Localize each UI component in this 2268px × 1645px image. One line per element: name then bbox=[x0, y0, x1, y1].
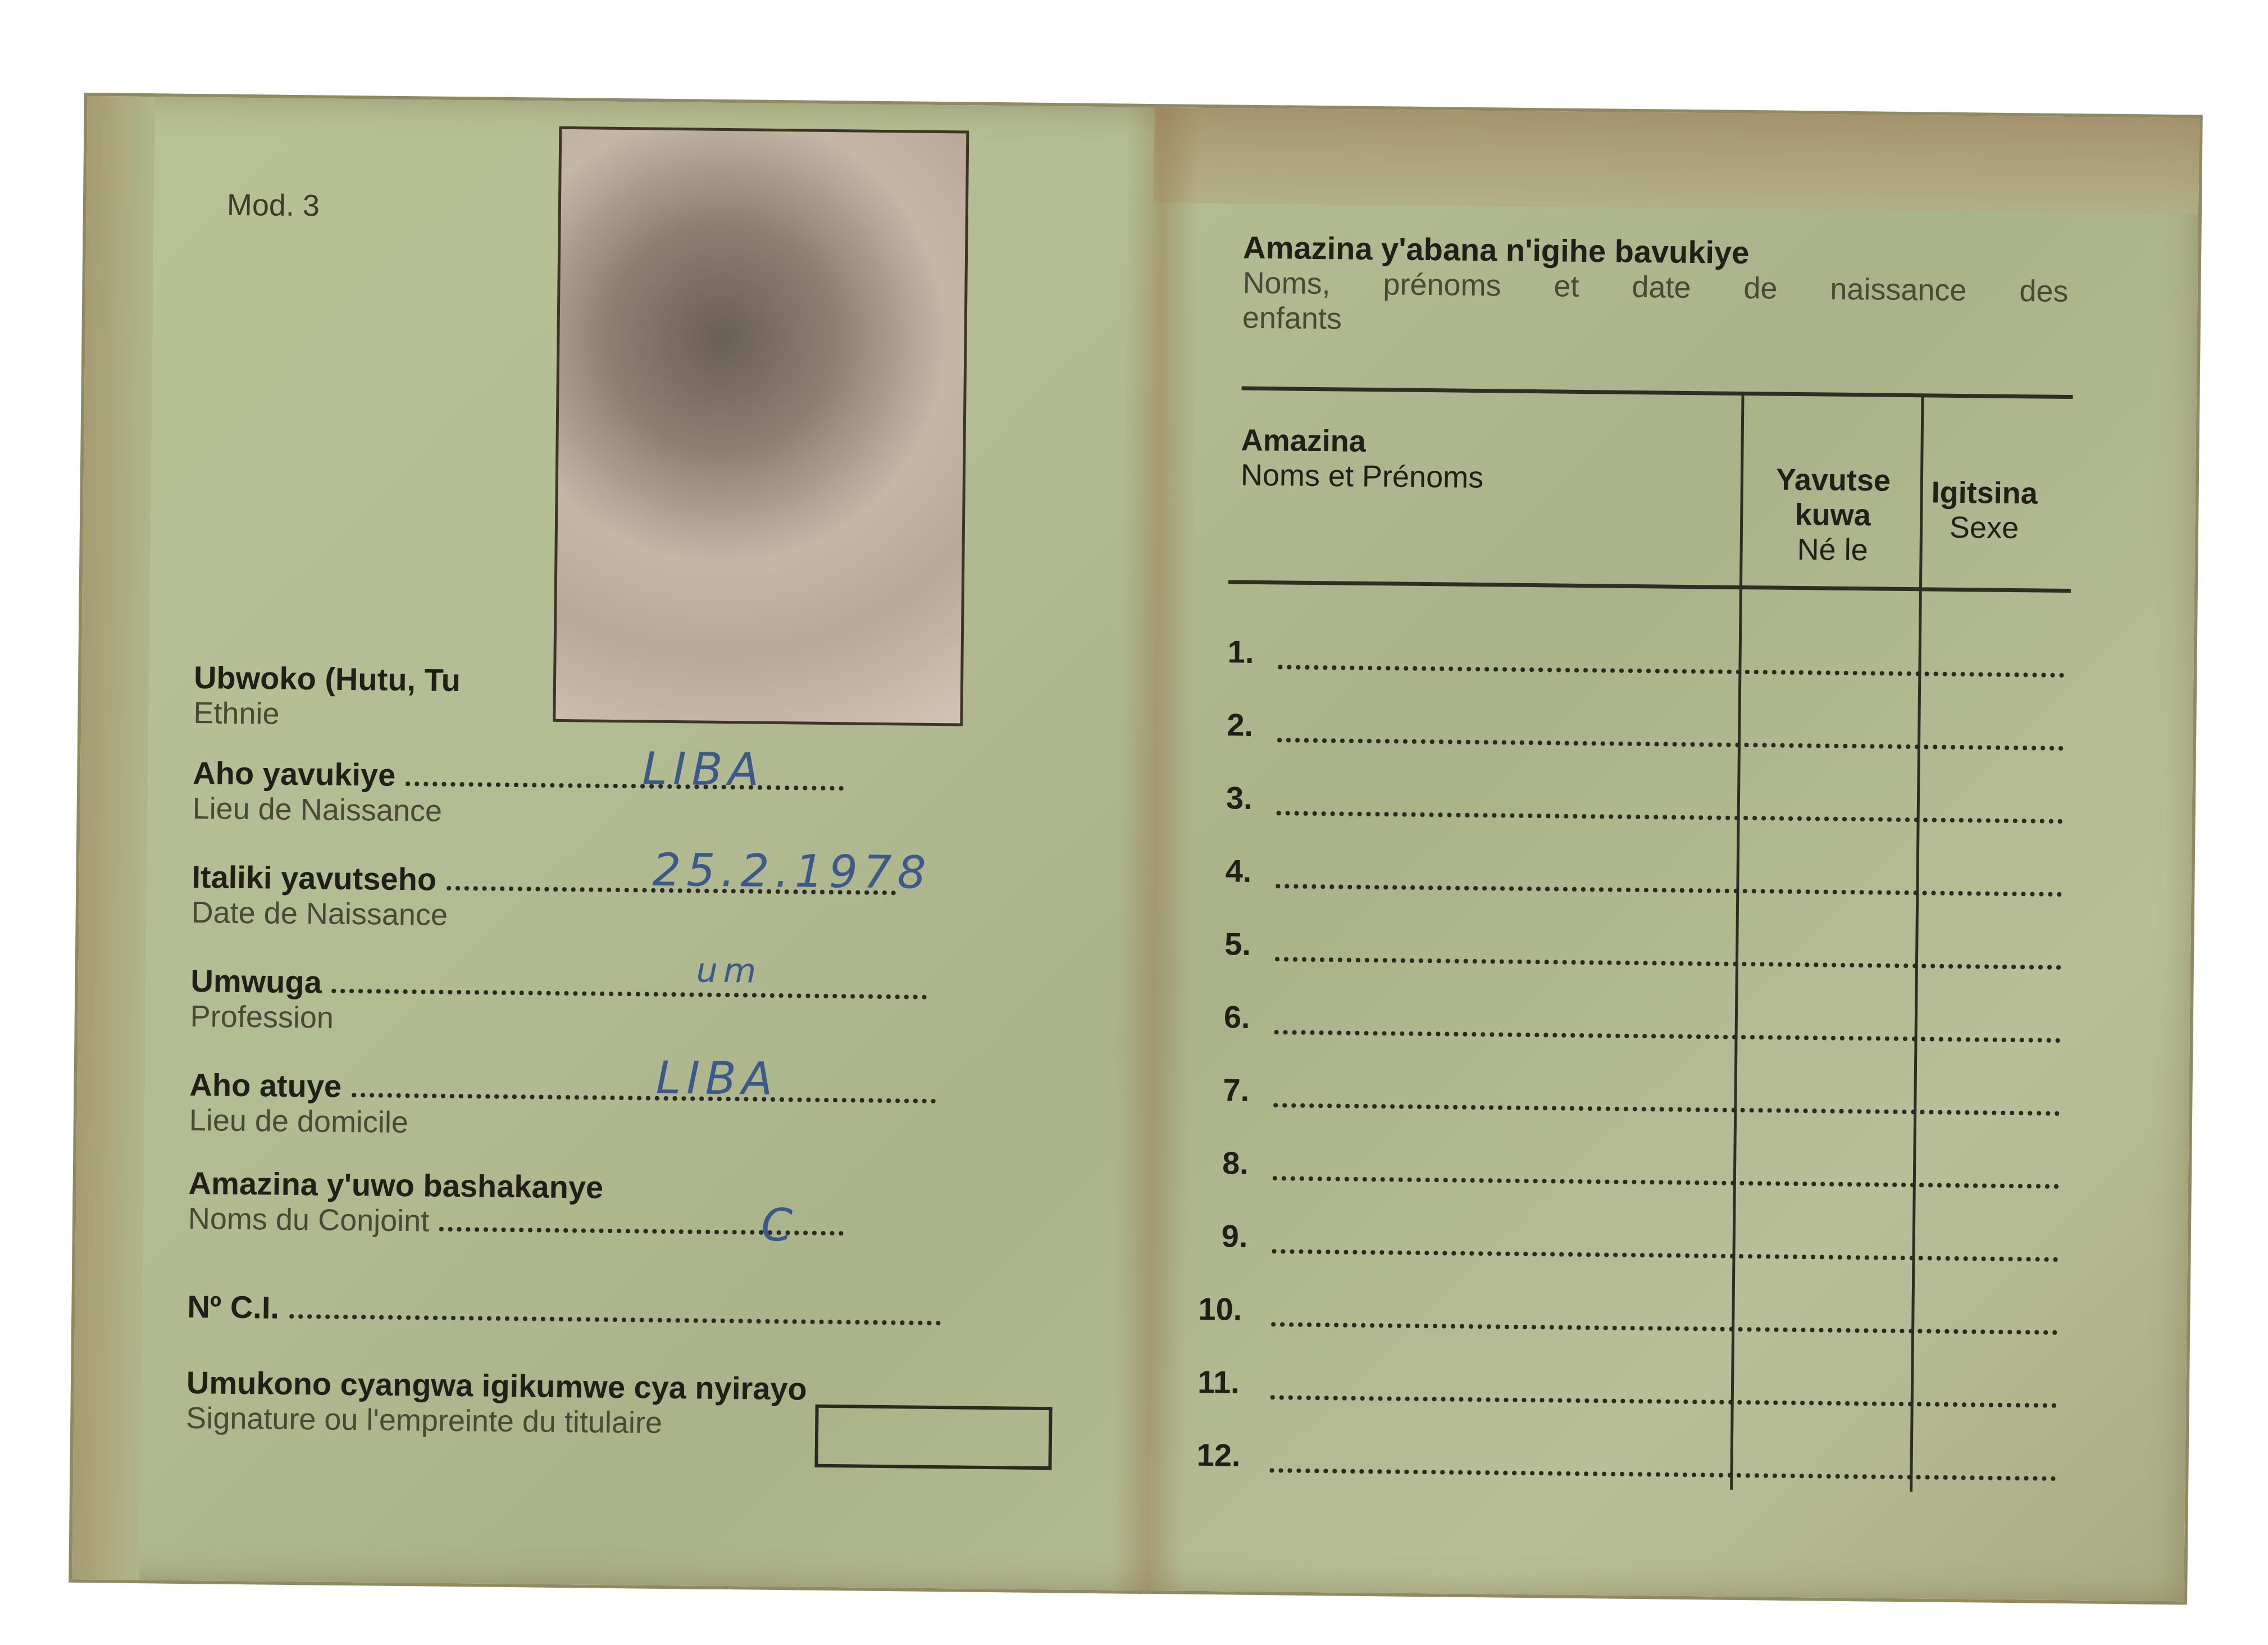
label-fr: Lieu de Naissance bbox=[192, 791, 844, 833]
child-row-fill-line[interactable] bbox=[1270, 1389, 2057, 1408]
children-title: Amazina y'abana n'igihe bavukiye Noms, p… bbox=[1242, 229, 2069, 344]
birthdate-value: 25.2.1978 bbox=[652, 844, 932, 899]
child-row-number: 2. bbox=[1227, 706, 1253, 743]
id-card: Mod. 3 Ubwoko (Hutu, Tu Ethnie Aho yavuk… bbox=[69, 93, 2203, 1605]
birthplace-value: LIBA bbox=[642, 742, 765, 796]
child-row-number: 10. bbox=[1198, 1290, 1242, 1328]
card-top-band bbox=[1154, 107, 2199, 213]
child-row-number: 3. bbox=[1226, 779, 1253, 816]
child-row-number: 4. bbox=[1225, 852, 1251, 889]
spouse-value: C bbox=[760, 1199, 798, 1252]
child-row-fill-line[interactable] bbox=[1276, 878, 2062, 897]
field-ethnie: Ubwoko (Hutu, Tu Ethnie bbox=[193, 659, 461, 733]
domicile-value: LIBA bbox=[655, 1052, 778, 1105]
model-number: Mod. 3 bbox=[227, 188, 320, 224]
child-row-number: 5. bbox=[1224, 925, 1251, 962]
child-row-fill-line[interactable] bbox=[1277, 732, 2064, 751]
field-ci-number: Nº C.I. bbox=[187, 1288, 941, 1333]
child-row-fill-line[interactable] bbox=[1273, 1170, 2059, 1189]
label-rw: Nº C.I. bbox=[187, 1289, 279, 1325]
field-spouse: Amazina y'uwo bashakanye Noms du Conjoin… bbox=[188, 1165, 844, 1243]
col-header-names: Amazina Noms et Prénoms bbox=[1241, 423, 1484, 496]
col-header-sex: Igitsina Sexe bbox=[1931, 475, 2038, 546]
label-rw: Amazina y'uwo bashakanye bbox=[188, 1165, 844, 1208]
child-row-fill-line[interactable] bbox=[1269, 1462, 2056, 1481]
fill-line bbox=[289, 1308, 941, 1325]
label-fr: Signature ou l'empreinte du titulaire bbox=[186, 1401, 807, 1442]
child-row-number: 9. bbox=[1221, 1217, 1247, 1254]
child-row-number: 11. bbox=[1197, 1364, 1240, 1401]
col-header-born: Yavutse kuwa Né le bbox=[1759, 462, 1906, 568]
field-signature: Umukono cyangwa igikumwe cya nyirayo Sig… bbox=[186, 1364, 807, 1442]
table-top-rule bbox=[1242, 387, 2073, 399]
profession-value: um bbox=[696, 951, 762, 990]
field-domicile: Aho atuye Lieu de domicile bbox=[189, 1066, 936, 1146]
child-row-fill-line[interactable] bbox=[1277, 805, 2063, 824]
fill-line bbox=[352, 1087, 936, 1103]
card-left-edge bbox=[72, 96, 155, 1580]
table-header-rule bbox=[1228, 580, 2071, 593]
child-row-fill-line[interactable] bbox=[1272, 1243, 2058, 1262]
label-rw: Aho atuye bbox=[189, 1067, 341, 1104]
label-rw: Umukono cyangwa igikumwe cya nyirayo bbox=[186, 1364, 807, 1407]
label-fr: Date de Naissance bbox=[191, 895, 895, 937]
fill-line bbox=[406, 776, 844, 790]
center-fold bbox=[1111, 107, 1200, 1591]
label-rw: Aho yavukiye bbox=[193, 755, 396, 793]
child-row-fill-line[interactable] bbox=[1278, 659, 2064, 678]
label-fr: Ethnie bbox=[193, 696, 460, 733]
child-row-fill-line[interactable] bbox=[1275, 951, 2061, 970]
label-rw: Ubwoko (Hutu, Tu bbox=[194, 659, 461, 698]
child-row-number: 8. bbox=[1222, 1144, 1249, 1181]
label-fr: Noms du Conjoint bbox=[188, 1202, 430, 1238]
holder-photo bbox=[553, 126, 969, 726]
fingerprint-box bbox=[814, 1405, 1052, 1470]
label-rw: Italiki yavutseho bbox=[192, 859, 436, 897]
label-rw: Umwuga bbox=[190, 963, 322, 999]
child-row-fill-line[interactable] bbox=[1274, 1024, 2061, 1043]
child-row-number: 12. bbox=[1196, 1437, 1241, 1474]
field-profession: Umwuga Profession bbox=[190, 962, 927, 1042]
child-row-number: 1. bbox=[1227, 633, 1254, 670]
child-row-number: 7. bbox=[1223, 1071, 1249, 1108]
child-row-fill-line[interactable] bbox=[1271, 1316, 2057, 1335]
child-row-number: 6. bbox=[1224, 998, 1250, 1035]
fill-line bbox=[332, 983, 927, 999]
child-row-fill-line[interactable] bbox=[1273, 1097, 2060, 1116]
